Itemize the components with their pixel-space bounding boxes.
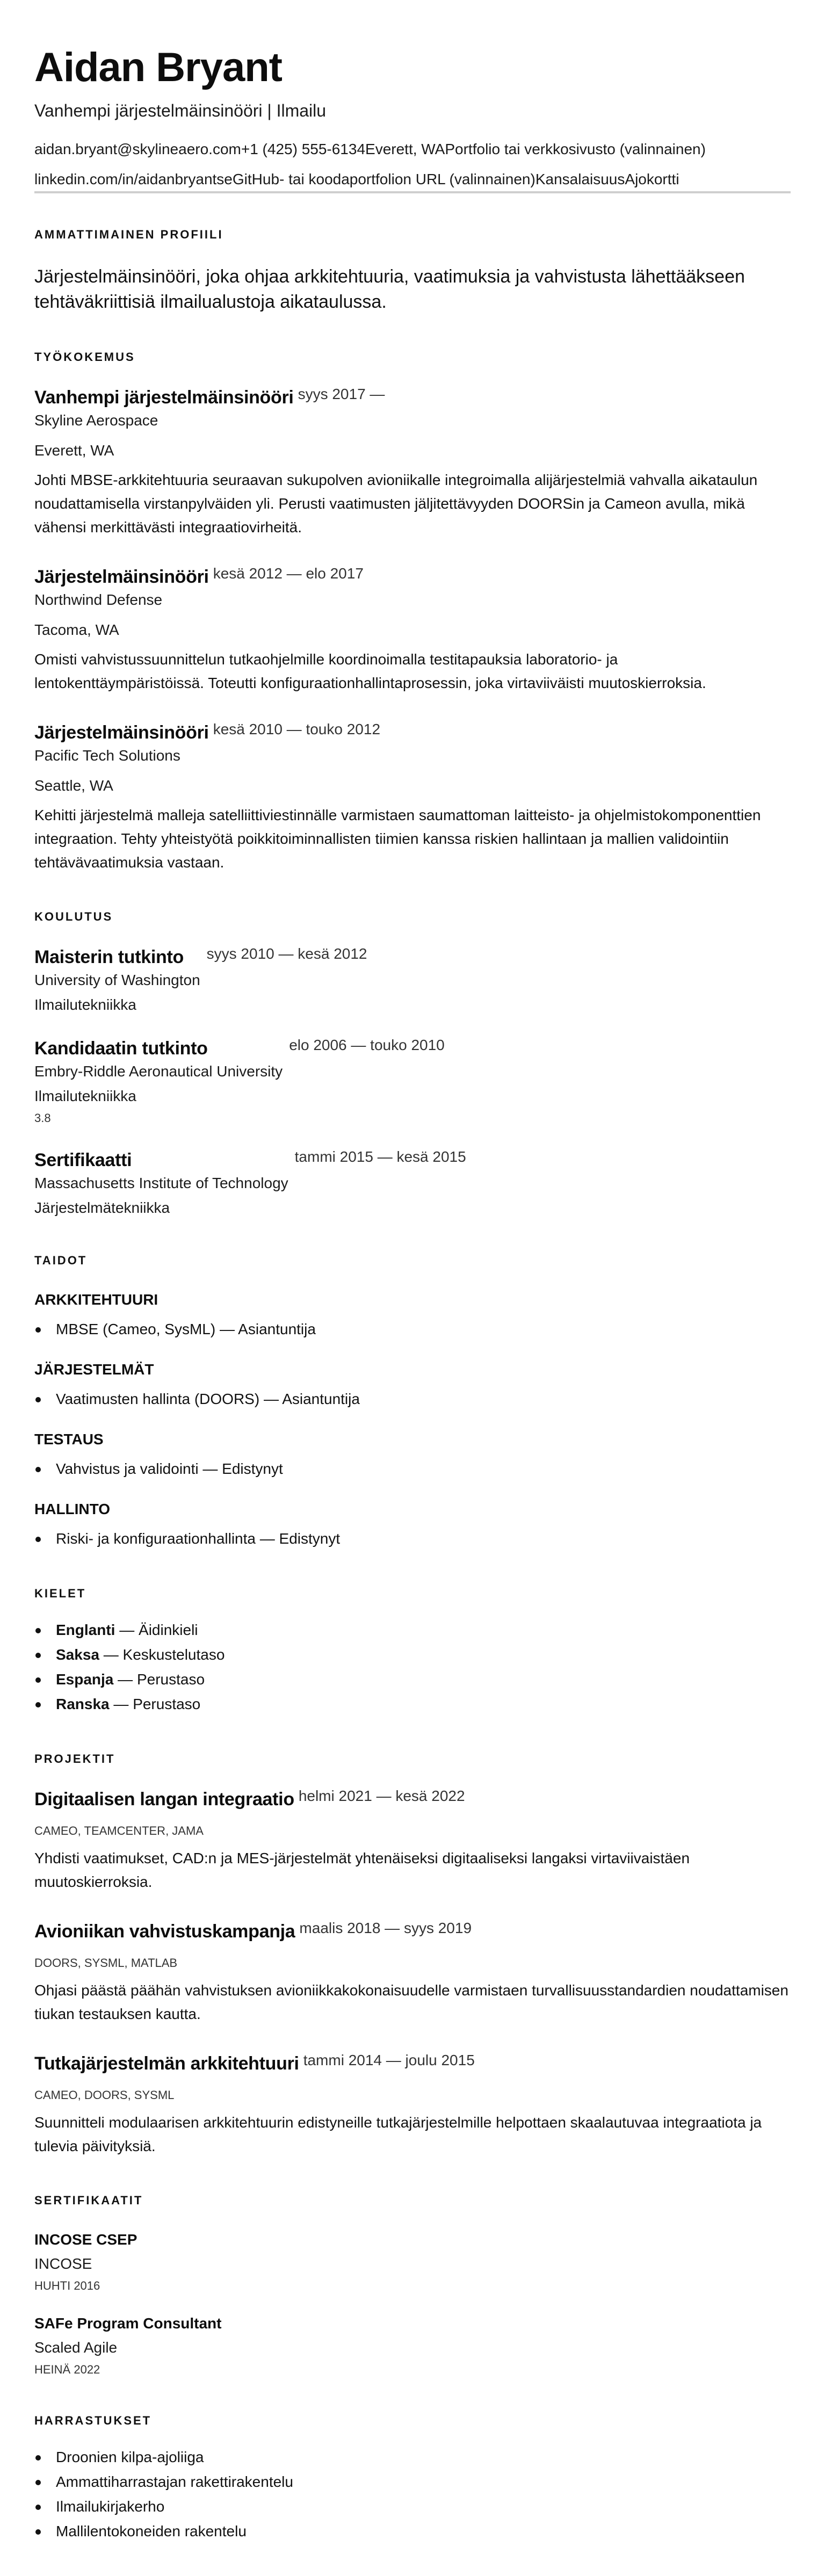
education-item-details: Kandidaatin tutkinto Embry-Riddle Aerona… xyxy=(34,1037,283,1127)
skill-group: Järjestelmät Vaatimusten hallinta (DOORS… xyxy=(34,1360,791,1412)
skill-list: Vahvistus ja validointi — Edistynyt xyxy=(34,1457,791,1481)
section-title-experience: Työkokemus xyxy=(34,349,791,365)
job-description: Kehitti järjestelmä malleja satelliittiv… xyxy=(34,804,791,874)
skill-group: Hallinto Riski- ja konfiguraationhallint… xyxy=(34,1500,791,1551)
projects-section: Projektit Digitaalisen langan integraati… xyxy=(34,1751,791,2158)
certification-item: SAFe Program Consultant Scaled Agile hei… xyxy=(34,2314,791,2378)
profile-section: Ammattimainen profiili Järjestelmäinsinö… xyxy=(34,227,791,315)
contact-location: Everett, WA xyxy=(365,140,445,159)
section-title-languages: Kielet xyxy=(34,1586,791,1602)
education-field: Ilmailutekniikka xyxy=(34,995,200,1015)
skill-item: MBSE (Cameo, SysML) — Asiantuntija xyxy=(34,1317,791,1342)
hobby-item: Mallilentokoneiden rakentelu xyxy=(34,2519,791,2544)
contact-drivers-license: Ajokortti xyxy=(625,170,679,189)
certification-issuer: Scaled Agile xyxy=(34,2338,791,2358)
job-description: Johti MBSE-arkkitehtuuria seuraavan suku… xyxy=(34,468,791,539)
languages-section: Kielet Englanti — Äidinkieli Saksa — Kes… xyxy=(34,1586,791,1717)
education-field: Ilmailutekniikka xyxy=(34,1086,283,1106)
language-level: Keskustelutaso xyxy=(123,1646,225,1663)
section-title-certifications: Sertifikaatit xyxy=(34,2193,791,2209)
project-item: Digitaalisen langan integraatio helmi 20… xyxy=(34,1788,791,1894)
profile-summary: Järjestelmäinsinööri, joka ohjaa arkkite… xyxy=(34,264,791,315)
job-location: Everett, WA xyxy=(34,440,791,461)
education-item: Sertifikaatti Massachusetts Institute of… xyxy=(34,1148,791,1218)
job-title: Järjestelmäinsinööri xyxy=(34,565,209,589)
language-name: Englanti xyxy=(56,1622,115,1638)
hobbies-section: Harrastukset Droonien kilpa-ajoliiga Amm… xyxy=(34,2413,791,2544)
education-dates: elo 2006 — touko 2010 xyxy=(289,1036,445,1055)
project-technologies: Cameo, Teamcenter, Jama xyxy=(34,1823,791,1839)
skill-item: Vahvistus ja validointi — Edistynyt xyxy=(34,1457,791,1481)
language-item: Saksa — Keskustelutaso xyxy=(34,1642,791,1667)
hobby-item: Ammattiharrastajan rakettirakentelu xyxy=(34,2470,791,2494)
job-dates: kesä 2012 — elo 2017 xyxy=(213,564,364,583)
contact-phone[interactable]: +1 (425) 555-6134 xyxy=(241,140,365,159)
education-school: Embry-Riddle Aeronautical University xyxy=(34,1061,283,1082)
skill-category: Testaus xyxy=(34,1430,791,1449)
skill-list: Riski- ja konfiguraationhallinta — Edist… xyxy=(34,1526,791,1551)
experience-item: Järjestelmäinsinööri kesä 2012 — elo 201… xyxy=(34,565,791,695)
project-item-header: Avioniikan vahvistuskampanja maalis 2018… xyxy=(34,1920,791,1943)
language-item: Ranska — Perustaso xyxy=(34,1692,791,1717)
experience-item: Vanhempi järjestelmäinsinööri syys 2017 … xyxy=(34,386,791,539)
language-level: Perustaso xyxy=(137,1671,205,1688)
resume-page: Aidan Bryant Vanhempi järjestelmäinsinöö… xyxy=(0,0,825,2576)
section-title-education: Koulutus xyxy=(34,909,791,925)
resume-header: Aidan Bryant Vanhempi järjestelmäinsinöö… xyxy=(34,43,791,193)
section-title-projects: Projektit xyxy=(34,1751,791,1767)
hobby-item: Ilmailukirjakerho xyxy=(34,2494,791,2519)
skill-item: Vaatimusten hallinta (DOORS) — Asiantunt… xyxy=(34,1387,791,1412)
skill-group: Arkkitehtuuri MBSE (Cameo, SysML) — Asia… xyxy=(34,1290,791,1342)
skills-section: Taidot Arkkitehtuuri MBSE (Cameo, SysML)… xyxy=(34,1253,791,1551)
certification-date: heinä 2022 xyxy=(34,2361,791,2378)
education-item: Maisterin tutkinto University of Washing… xyxy=(34,945,791,1015)
language-item: Englanti — Äidinkieli xyxy=(34,1618,791,1642)
education-item-details: Sertifikaatti Massachusetts Institute of… xyxy=(34,1148,288,1218)
project-description: Ohjasi päästä päähän vahvistuksen avioni… xyxy=(34,1979,791,2026)
education-item-details: Maisterin tutkinto University of Washing… xyxy=(34,945,200,1015)
education-section: Koulutus Maisterin tutkinto University o… xyxy=(34,909,791,1218)
contact-citizenship: Kansalaisuus xyxy=(535,170,625,189)
project-description: Suunnitteli modulaarisen arkkitehtuurin … xyxy=(34,2111,791,2158)
skill-category: Hallinto xyxy=(34,1500,791,1519)
project-item-header: Digitaalisen langan integraatio helmi 20… xyxy=(34,1788,791,1811)
job-company: Skyline Aerospace xyxy=(34,410,791,431)
job-company: Pacific Tech Solutions xyxy=(34,746,791,766)
certification-item: INCOSE CSEP INCOSE huhti 2016 xyxy=(34,2230,791,2295)
project-dates: maalis 2018 — syys 2019 xyxy=(299,1919,472,1938)
section-title-skills: Taidot xyxy=(34,1253,791,1269)
job-dates: syys 2017 — xyxy=(298,385,385,404)
education-school: University of Washington xyxy=(34,970,200,990)
education-degree: Maisterin tutkinto xyxy=(34,945,200,969)
contact-portfolio[interactable]: Portfolio tai verkkosivusto (valinnainen… xyxy=(445,140,706,159)
certification-issuer: INCOSE xyxy=(34,2254,791,2274)
education-degree: Kandidaatin tutkinto xyxy=(34,1037,283,1060)
job-company: Northwind Defense xyxy=(34,590,791,610)
education-field: Järjestelmätekniikka xyxy=(34,1198,288,1218)
contact-github[interactable]: GitHub- tai koodaportfolion URL (valinna… xyxy=(233,170,535,189)
language-name: Espanja xyxy=(56,1671,113,1688)
contact-row-primary: aidan.bryant@skylineaero.com +1 (425) 55… xyxy=(34,140,791,159)
project-item: Avioniikan vahvistuskampanja maalis 2018… xyxy=(34,1920,791,2026)
education-gpa: 3.8 xyxy=(34,1110,283,1127)
project-dates: helmi 2021 — kesä 2022 xyxy=(299,1786,465,1806)
skill-category: Järjestelmät xyxy=(34,1360,791,1379)
job-title: Järjestelmäinsinööri xyxy=(34,721,209,744)
education-item: Kandidaatin tutkinto Embry-Riddle Aerona… xyxy=(34,1037,791,1127)
job-location: Tacoma, WA xyxy=(34,620,791,640)
education-degree: Sertifikaatti xyxy=(34,1148,288,1172)
education-school: Massachusetts Institute of Technology xyxy=(34,1173,288,1193)
certification-name: INCOSE CSEP xyxy=(34,2230,791,2249)
job-title: Vanhempi järjestelmäinsinööri xyxy=(34,386,294,409)
skill-list: Vaatimusten hallinta (DOORS) — Asiantunt… xyxy=(34,1387,791,1412)
experience-item-header: Vanhempi järjestelmäinsinööri syys 2017 … xyxy=(34,386,791,409)
hobby-list: Droonien kilpa-ajoliiga Ammattiharrastaj… xyxy=(34,2445,791,2544)
project-name: Tutkajärjestelmän arkkitehtuuri xyxy=(34,2052,299,2075)
skill-group: Testaus Vahvistus ja validointi — Edisty… xyxy=(34,1430,791,1481)
language-list: Englanti — Äidinkieli Saksa — Keskustelu… xyxy=(34,1618,791,1717)
skill-list: MBSE (Cameo, SysML) — Asiantuntija xyxy=(34,1317,791,1342)
skill-category: Arkkitehtuuri xyxy=(34,1290,791,1309)
education-dates: tammi 2015 — kesä 2015 xyxy=(295,1147,466,1167)
experience-item-header: Järjestelmäinsinööri kesä 2010 — touko 2… xyxy=(34,721,791,744)
language-level: Äidinkieli xyxy=(139,1622,198,1638)
contact-linkedin[interactable]: linkedin.com/in/aidanbryantse xyxy=(34,170,233,189)
experience-section: Työkokemus Vanhempi järjestelmäinsinööri… xyxy=(34,349,791,874)
certification-date: huhti 2016 xyxy=(34,2277,791,2295)
education-dates: syys 2010 — kesä 2012 xyxy=(207,944,367,964)
job-dates: kesä 2010 — touko 2012 xyxy=(213,720,380,739)
certifications-section: Sertifikaatit INCOSE CSEP INCOSE huhti 2… xyxy=(34,2193,791,2378)
language-name: Ranska xyxy=(56,1696,110,1712)
contact-email[interactable]: aidan.bryant@skylineaero.com xyxy=(34,140,241,159)
project-dates: tammi 2014 — joulu 2015 xyxy=(303,2051,475,2070)
project-item-header: Tutkajärjestelmän arkkitehtuuri tammi 20… xyxy=(34,2052,791,2075)
experience-item-header: Järjestelmäinsinööri kesä 2012 — elo 201… xyxy=(34,565,791,589)
job-location: Seattle, WA xyxy=(34,776,791,796)
skill-item: Riski- ja konfiguraationhallinta — Edist… xyxy=(34,1526,791,1551)
project-name: Digitaalisen langan integraatio xyxy=(34,1788,294,1811)
project-technologies: Cameo, DOORS, SysML xyxy=(34,2087,791,2103)
project-technologies: DOORS, SysML, MATLAB xyxy=(34,1955,791,1971)
language-name: Saksa xyxy=(56,1646,99,1663)
section-title-profile: Ammattimainen profiili xyxy=(34,227,791,243)
certification-name: SAFe Program Consultant xyxy=(34,2314,791,2333)
job-description: Omisti vahvistussuunnittelun tutkaohjelm… xyxy=(34,648,791,695)
project-item: Tutkajärjestelmän arkkitehtuuri tammi 20… xyxy=(34,2052,791,2158)
header-divider xyxy=(34,191,791,193)
contact-row-secondary: linkedin.com/in/aidanbryantse GitHub- ta… xyxy=(34,170,791,189)
candidate-name: Aidan Bryant xyxy=(34,43,791,92)
experience-item: Järjestelmäinsinööri kesä 2010 — touko 2… xyxy=(34,721,791,874)
language-item: Espanja — Perustaso xyxy=(34,1667,791,1692)
project-description: Yhdisti vaatimukset, CAD:n ja MES-järjes… xyxy=(34,1847,791,1894)
project-name: Avioniikan vahvistuskampanja xyxy=(34,1920,295,1943)
hobby-item: Droonien kilpa-ajoliiga xyxy=(34,2445,791,2470)
section-title-hobbies: Harrastukset xyxy=(34,2413,791,2429)
language-level: Perustaso xyxy=(133,1696,200,1712)
headline: Vanhempi järjestelmäinsinööri | Ilmailu xyxy=(34,100,791,121)
